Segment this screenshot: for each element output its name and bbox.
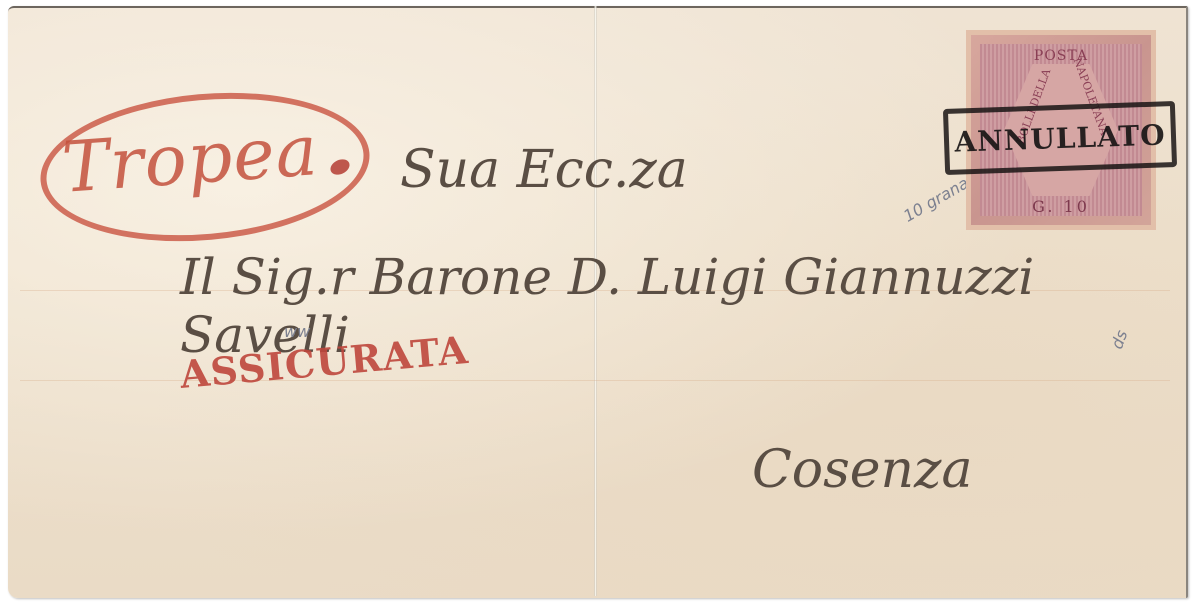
pencil-note: ww	[284, 322, 310, 341]
stamp-value: G. 10	[966, 197, 1156, 216]
address-city: Cosenza	[752, 440, 972, 500]
address-line-1: Sua Ecc.za	[400, 140, 688, 200]
annullato-cancel: ANNULLATO	[943, 101, 1177, 175]
stamp-top-text: POSTA	[966, 48, 1156, 64]
